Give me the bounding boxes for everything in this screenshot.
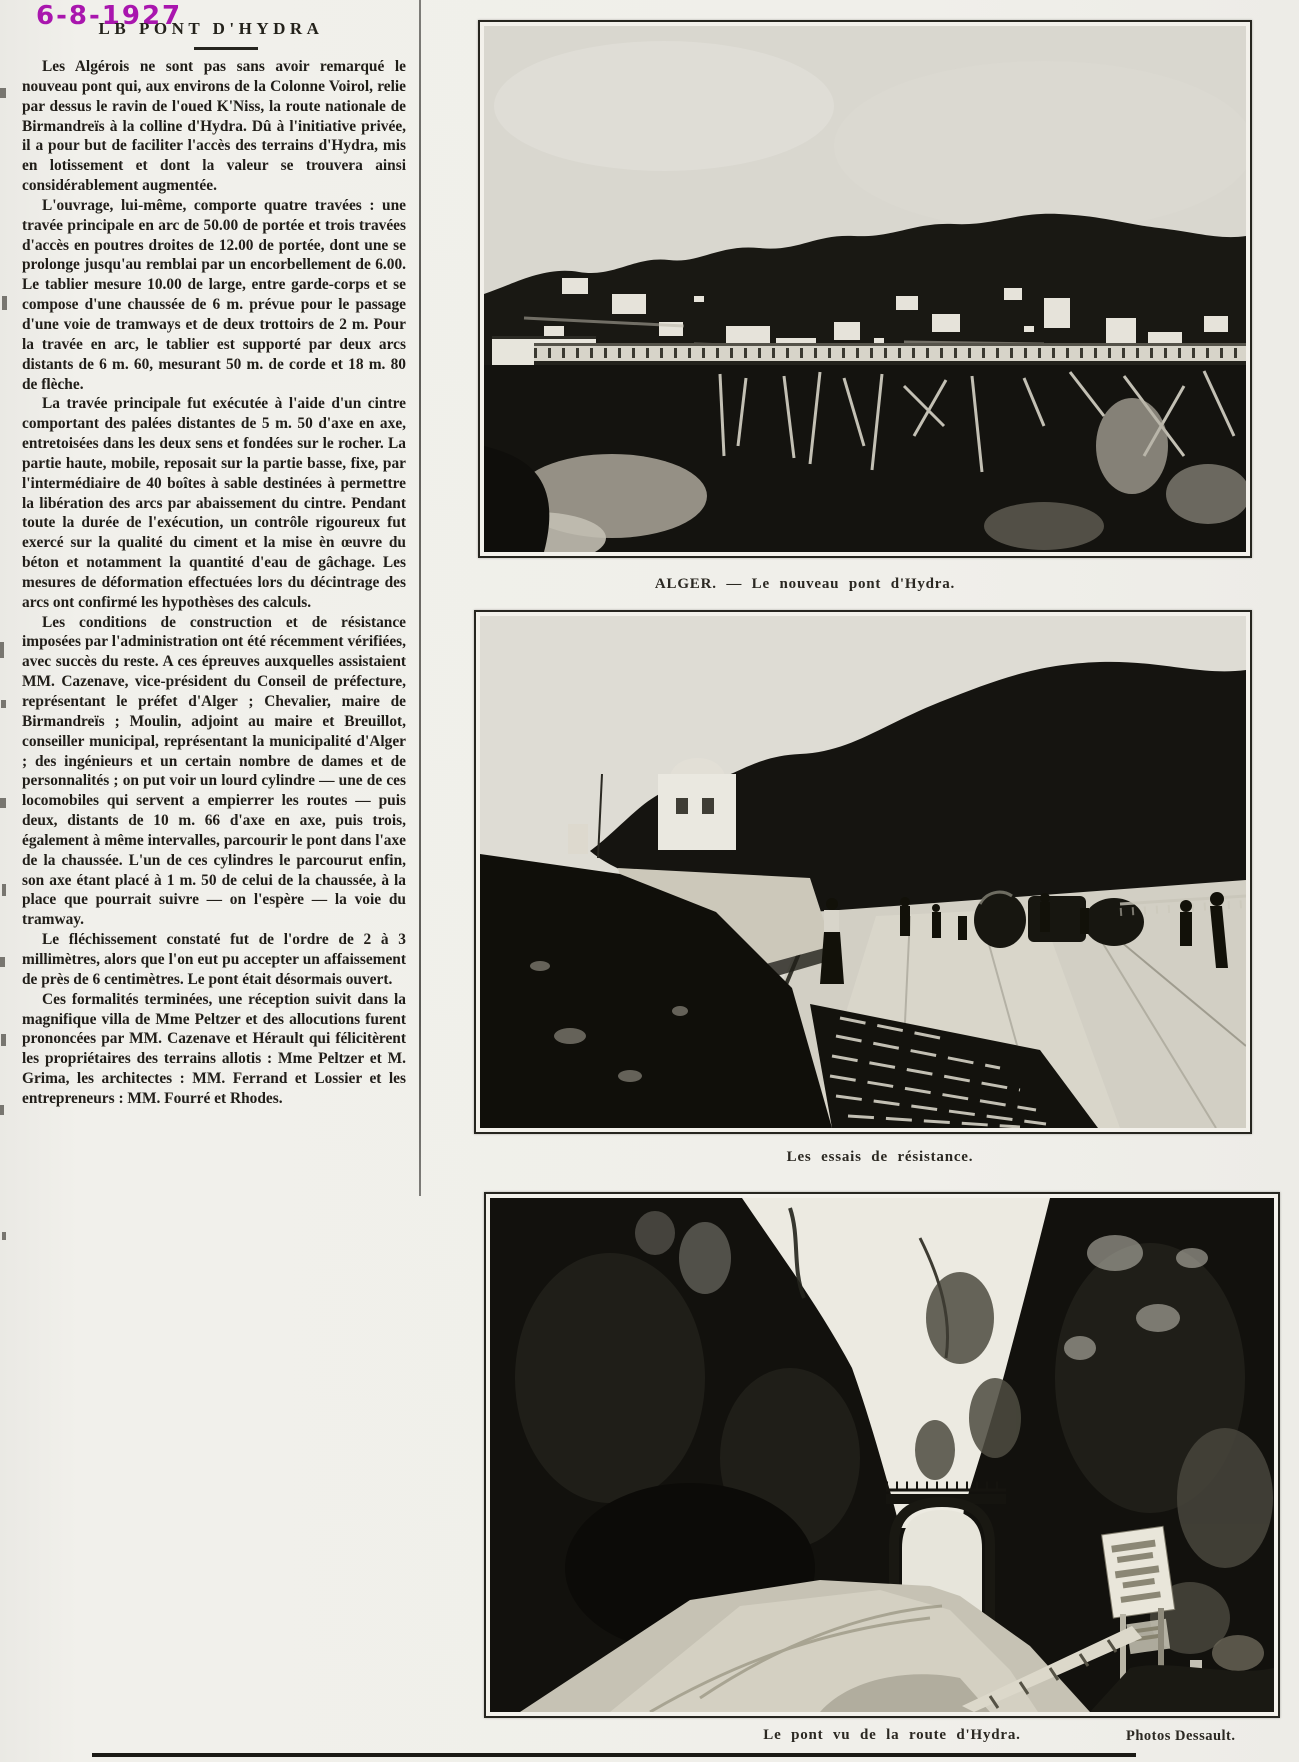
photo-caption-bridge-panorama: ALGER. — Le nouveau pont d'Hydra.: [500, 576, 1110, 593]
bottom-page-rule: [92, 1753, 1136, 1757]
bridge-from-road-illustration: [490, 1198, 1274, 1712]
article-body-column: Les Algérois ne sont pas sans avoir rema…: [22, 57, 406, 1109]
article-paragraph: Les Algérois ne sont pas sans avoir rema…: [22, 57, 406, 196]
article-paragraph: L'ouvrage, lui-même, comporte quatre tra…: [22, 196, 406, 394]
photo-load-testing: [474, 610, 1252, 1134]
article-paragraph: Le fléchissement constaté fut de l'ordre…: [22, 930, 406, 990]
photo-bridge-from-road: [484, 1192, 1280, 1718]
article-paragraph: La travée principale fut exécutée à l'ai…: [22, 394, 406, 612]
steam-roller-shapes: [974, 892, 1144, 948]
column-divider-rule: [419, 0, 421, 1196]
photo-caption-bridge-from-road: Le pont vu de la route d'Hydra.: [592, 1727, 1192, 1744]
bridge-panorama-illustration: [484, 26, 1246, 552]
article-title: LB PONT D'HYDRA: [20, 19, 402, 39]
photo-bridge-panorama: [478, 20, 1252, 558]
photo-caption-load-testing: Les essais de résistance.: [580, 1149, 1180, 1166]
newspaper-page: 6-8-1927 LB PONT D'HYDRA Les Algérois ne…: [0, 0, 1299, 1762]
photo-credit: Photos Dessault.: [1126, 1728, 1296, 1745]
article-paragraph: Ces formalités terminées, une réception …: [22, 990, 406, 1109]
load-testing-illustration: [480, 616, 1246, 1128]
title-underline-rule: [194, 47, 258, 50]
article-paragraph: Les conditions de construction et de rés…: [22, 613, 406, 931]
